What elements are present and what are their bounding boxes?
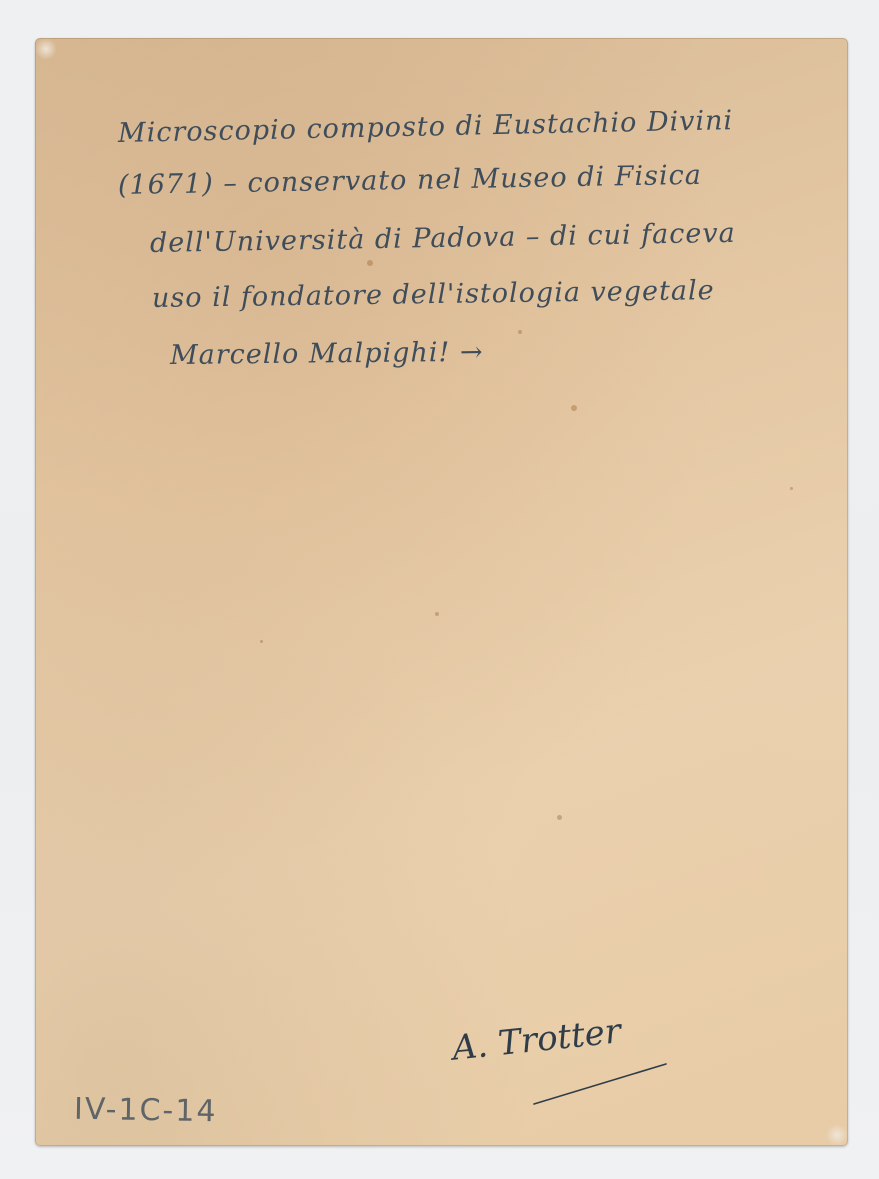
corner-wear-bottom-right [826,1124,848,1146]
foxing-spot [557,815,562,820]
photo-card-back [35,38,848,1146]
foxing-spot [435,612,439,616]
handwritten-line: Marcello Malpighi! → [170,337,484,371]
foxing-spot [518,330,522,334]
foxing-spot [260,640,263,643]
foxing-spot [790,487,793,490]
archive-code: IV-1C-14 [74,1092,218,1129]
foxing-spot [367,260,373,266]
foxing-spot [571,405,577,411]
signature-flourish-icon [530,1060,670,1108]
corner-wear-top-left [35,38,57,60]
